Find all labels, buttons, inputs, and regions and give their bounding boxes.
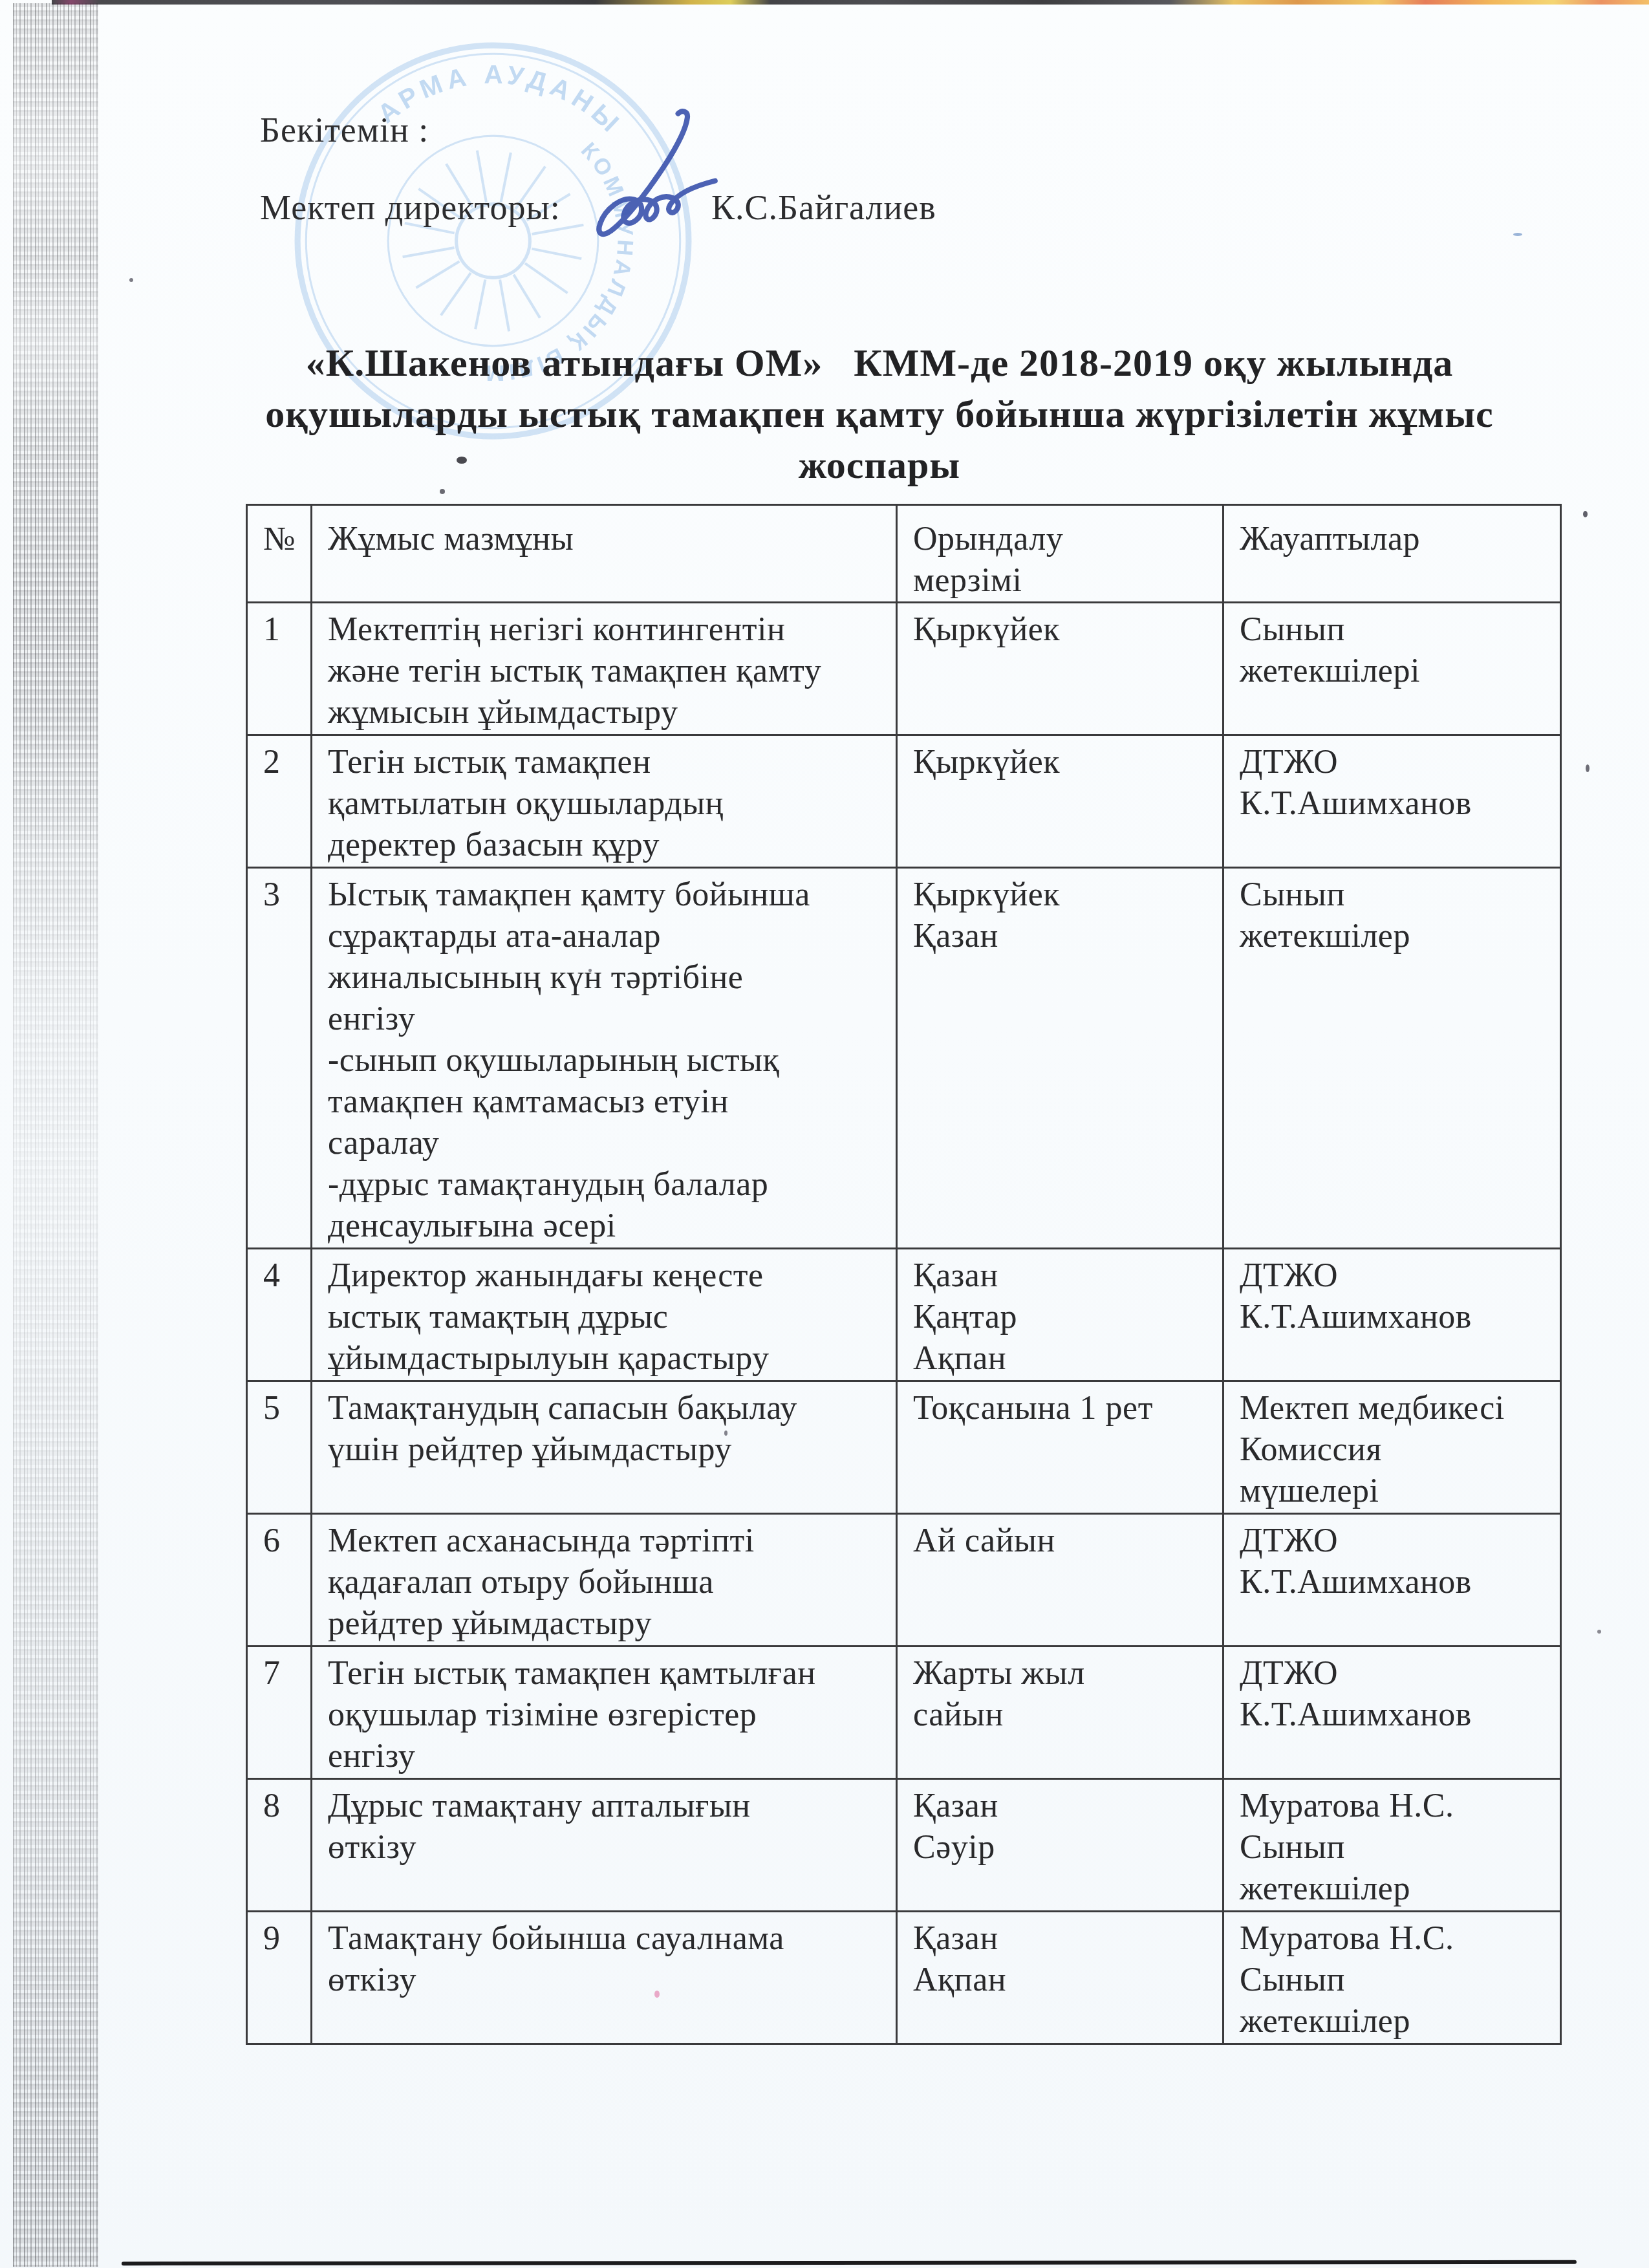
row-responsible: Муратова Н.С. Сынып жетекшілер [1223,1912,1561,2044]
table-row: 5 Тамақтанудың сапасын бақылау үшін рейд… [247,1381,1561,1514]
row-content: Тамақтану бойынша сауалнама өткізу [312,1912,897,2044]
row-number: 7 [247,1647,312,1779]
scan-speck [588,969,592,972]
row-content: Тегін ыстық тамақпен қамтылатын оқушылар… [312,735,897,868]
header-content: Жұмыс мазмұны [312,505,897,603]
scan-artifact-left-streak [13,3,98,2267]
row-number: 3 [247,868,312,1249]
row-period: Жарты жыл сайын [897,1647,1223,1779]
row-number: 9 [247,1912,312,2044]
header-responsible: Жауаптылар [1223,505,1561,603]
row-number: 2 [247,735,312,868]
row-content: Ыстық тамақпен қамту бойынша сұрақтарды … [312,868,897,1249]
row-number: 5 [247,1381,312,1514]
scan-artifact-top-edge [52,0,1649,5]
scan-speck [1513,233,1522,236]
approval-word: Бекітемін : [260,110,429,150]
row-responsible: ДТЖО К.Т.Ашимханов [1223,1647,1561,1779]
scan-speck [1583,511,1588,517]
row-number: 8 [247,1779,312,1912]
row-content: Дұрыс тамақтану апталығын өткізу [312,1779,897,1912]
row-content: Тегін ыстық тамақпен қамтылған оқушылар … [312,1647,897,1779]
document-title: «К.Шакенов атындағы ОМ» КММ-де 2018-2019… [207,338,1552,491]
row-content: Мектептің негізгі контингентін және тегі… [312,603,897,735]
scan-speck [457,457,467,464]
header-period: Орындалу мерзімі [897,505,1223,603]
scan-speck [1586,764,1590,772]
row-responsible: Сынып жетекшілері [1223,603,1561,735]
director-name: К.С.Байгалиев [711,188,936,228]
table-row: 6 Мектеп асханасында тәртіпті қадағалап … [247,1514,1561,1647]
director-signature-ink [553,107,724,249]
row-content: Тамақтанудың сапасын бақылау үшін рейдте… [312,1381,897,1514]
row-period: Қыркүйек [897,735,1223,868]
table-row: 8 Дұрыс тамақтану апталығын өткізу Қазан… [247,1779,1561,1912]
row-responsible: ДТЖО К.Т.Ашимханов [1223,735,1561,868]
row-period: Қазан Қаңтар Ақпан [897,1249,1223,1381]
row-responsible: ДТЖО К.Т.Ашимханов [1223,1514,1561,1647]
scan-speck [129,278,133,282]
scan-speck [654,1991,660,1998]
row-responsible: ДТЖО К.Т.Ашимханов [1223,1249,1561,1381]
table-row: 3 Ыстық тамақпен қамту бойынша сұрақтард… [247,868,1561,1249]
director-label: Мектеп директоры: [260,188,561,228]
row-content: Мектеп асханасында тәртіпті қадағалап от… [312,1514,897,1647]
row-number: 6 [247,1514,312,1647]
work-plan-table: № Жұмыс мазмұны Орындалу мерзімі Жауапты… [246,504,1562,2045]
row-content: Директор жанындағы кеңесте ыстық тамақты… [312,1249,897,1381]
table-row: 2 Тегін ыстық тамақпен қамтылатын оқушыл… [247,735,1561,868]
scan-artifact-bottom-line [122,2260,1577,2265]
row-period: Қыркүйек Қазан [897,868,1223,1249]
header-no: № [247,505,312,603]
row-period: Ай сайын [897,1514,1223,1647]
table-row: 9 Тамақтану бойынша сауалнама өткізу Қаз… [247,1912,1561,2044]
scanned-document-page: АРМА АУДАНЫ КОММУНАЛДЫҚ БІЛІМ Бекітемін … [0,0,1649,2268]
row-responsible: Муратова Н.С. Сынып жетекшілер [1223,1779,1561,1912]
scan-speck [724,1431,727,1436]
row-number: 4 [247,1249,312,1381]
row-responsible: Мектеп медбикесі Комиссия мүшелері [1223,1381,1561,1514]
scan-speck [440,489,445,494]
table-row: 1 Мектептің негізгі контингентін және те… [247,603,1561,735]
row-period: Қазан Ақпан [897,1912,1223,2044]
table-row: 4 Директор жанындағы кеңесте ыстық тамақ… [247,1249,1561,1381]
scan-speck [1597,1630,1601,1634]
row-number: 1 [247,603,312,735]
row-period: Қазан Сәуір [897,1779,1223,1912]
table-header-row: № Жұмыс мазмұны Орындалу мерзімі Жауапты… [247,505,1561,603]
table-row: 7 Тегін ыстық тамақпен қамтылған оқушыла… [247,1647,1561,1779]
row-period: Тоқсанына 1 рет [897,1381,1223,1514]
row-period: Қыркүйек [897,603,1223,735]
row-responsible: Сынып жетекшілер [1223,868,1561,1249]
